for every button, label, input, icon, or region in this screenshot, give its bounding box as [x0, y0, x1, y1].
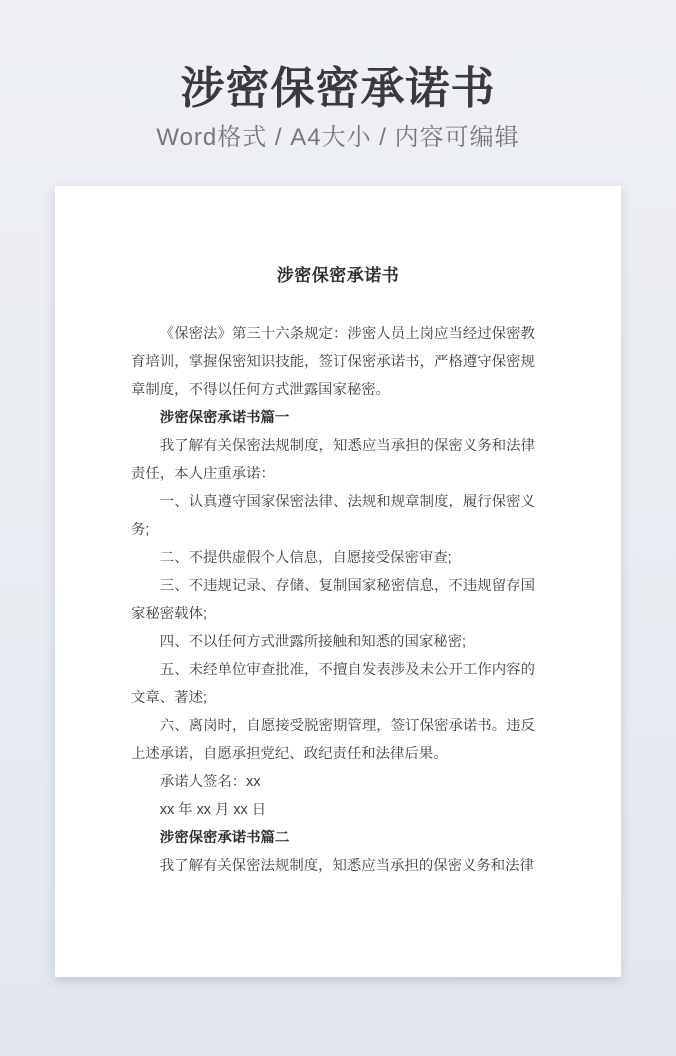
document-paragraph: 六、离岗时，自愿接受脱密期管理，签订保密承诺书。违反上述承诺，自愿承担党纪、政纪… — [131, 712, 535, 768]
section-heading: 涉密保密承诺书篇一 — [131, 404, 535, 432]
document-body: 《保密法》第三十六条规定：涉密人员上岗应当经过保密教育培训，掌握保密知识技能，签… — [131, 320, 535, 880]
document-paragraph: 五、未经单位审查批准，不擅自发表涉及未公开工作内容的文章、著述; — [131, 656, 535, 712]
document-paragraph: 我了解有关保密法规制度，知悉应当承担的保密义务和法律 — [131, 852, 535, 880]
template-title: 涉密保密承诺书 — [0, 62, 676, 116]
template-format-subtitle: Word格式 / A4大小 / 内容可编辑 — [0, 124, 676, 152]
document-paragraph: 《保密法》第三十六条规定：涉密人员上岗应当经过保密教育培训，掌握保密知识技能，签… — [131, 320, 535, 404]
document-paragraph: 二、不提供虚假个人信息，自愿接受保密审查; — [131, 544, 535, 572]
document-paragraph: 一、认真遵守国家保密法律、法规和规章制度，履行保密义务; — [131, 488, 535, 544]
document-paragraph: xx 年 xx 月 xx 日 — [131, 796, 535, 824]
document-paragraph: 承诺人签名：xx — [131, 768, 535, 796]
document-paragraph: 我了解有关保密法规制度，知悉应当承担的保密义务和法律责任，本人庄重承诺： — [131, 432, 535, 488]
preview-header: 涉密保密承诺书 Word格式 / A4大小 / 内容可编辑 — [0, 0, 676, 152]
a4-document-preview: 涉密保密承诺书 《保密法》第三十六条规定：涉密人员上岗应当经过保密教育培训，掌握… — [55, 186, 621, 977]
document-paragraph: 三、不违规记录、存储、复制国家秘密信息，不违规留存国家秘密载体; — [131, 572, 535, 628]
document-title: 涉密保密承诺书 — [55, 262, 621, 290]
section-heading: 涉密保密承诺书篇二 — [131, 824, 535, 852]
document-paragraph: 四、不以任何方式泄露所接触和知悉的国家秘密; — [131, 628, 535, 656]
